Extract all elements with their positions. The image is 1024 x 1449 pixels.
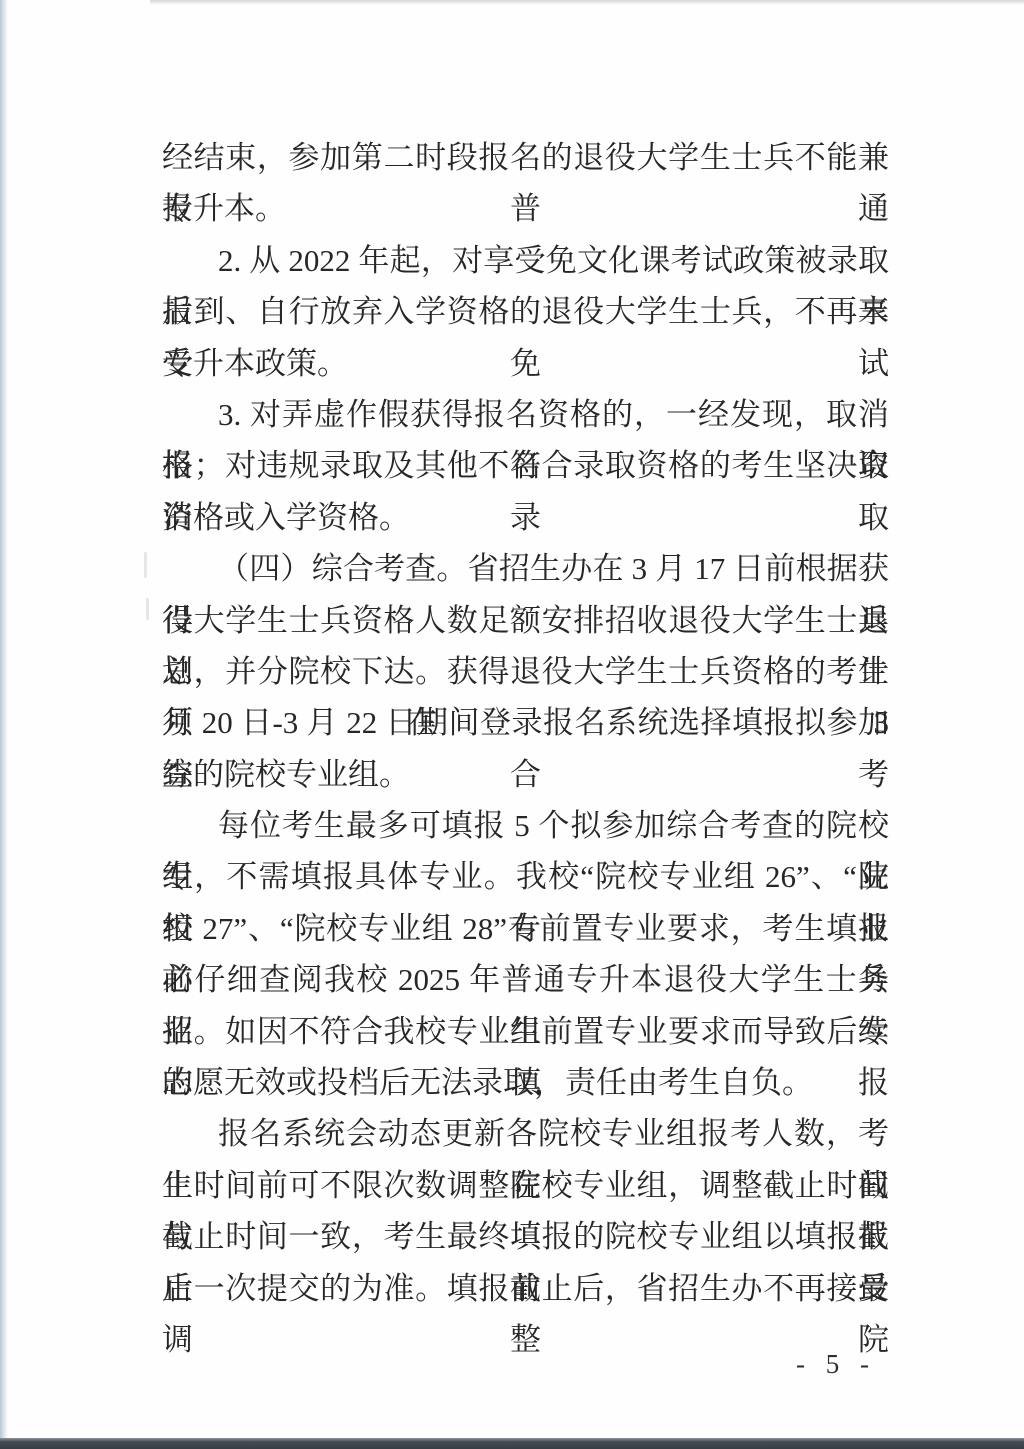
text-line: 报到、自行放弃入学资格的退役大学生士兵，不再享受免试 (162, 286, 889, 337)
text-line: 格；对违规录取及其他不符合录取资格的考生坚决取消录取 (162, 440, 889, 491)
scan-artifact (144, 552, 147, 578)
text-line: 志愿无效或投档后无法录取，责任由考生自负。 (162, 1057, 889, 1108)
scan-artifact (146, 598, 149, 620)
text-line: 后一次提交的为准。填报截止后，省招生办不再接受调整院 (162, 1263, 889, 1314)
text-line: 业。如因不符合我校专业组前置专业要求而导致后续的填报 (162, 1006, 889, 1057)
text-line: 止时间前可不限次数调整院校专业组，调整截止时间与填报 (162, 1160, 889, 1211)
text-line: （四）综合考查。省招生办在 3 月 17 日前根据获得退 (162, 543, 889, 594)
scan-edge-top (150, 0, 1024, 5)
document-body: 经结束，参加第二时段报名的退役大学生士兵不能兼报普通 专升本。 2. 从 202… (162, 132, 889, 1314)
text-line: 每位考生最多可填报 5 个拟参加综合考查的院校专业 (162, 800, 889, 851)
document-page: 经结束，参加第二时段报名的退役大学生士兵不能兼报普通 专升本。 2. 从 202… (0, 0, 1024, 1449)
text-line: 划，并分院校下达。获得退役大学生士兵资格的考生须在 3 (162, 646, 889, 697)
text-line: 报名系统会动态更新各院校专业组报考人数，考生在截 (162, 1108, 889, 1159)
text-line: 必仔细查阅我校 2025 年普通专升本退役大学生士兵招生专 (162, 954, 889, 1005)
text-line: 截止时间一致，考生最终填报的院校专业组以填报截止前最 (162, 1211, 889, 1262)
text-line: 3. 对弄虚作假获得报名资格的，一经发现，取消报名资 (162, 389, 889, 440)
text-line: 2. 从 2022 年起，对享受免文化课考试政策被录取后未 (162, 235, 889, 286)
page-number: - 5 - (778, 1349, 894, 1380)
text-line: 月 20 日-3 月 22 日期间登录报名系统选择填报拟参加综合考 (162, 697, 889, 748)
text-line: 组，不需填报具体专业。我校“院校专业组 26”、“院校专业 (162, 851, 889, 902)
text-line: 经结束，参加第二时段报名的退役大学生士兵不能兼报普通 (162, 132, 889, 183)
scan-bottom-bar (0, 1438, 1024, 1449)
text-line: 组 27”、“院校专业组 28”有前置专业要求，考生填报前务 (162, 903, 889, 954)
text-line: 役大学生士兵资格人数足额安排招收退役大学生士兵总计 (162, 595, 889, 646)
scan-edge-left (0, 0, 8, 1449)
